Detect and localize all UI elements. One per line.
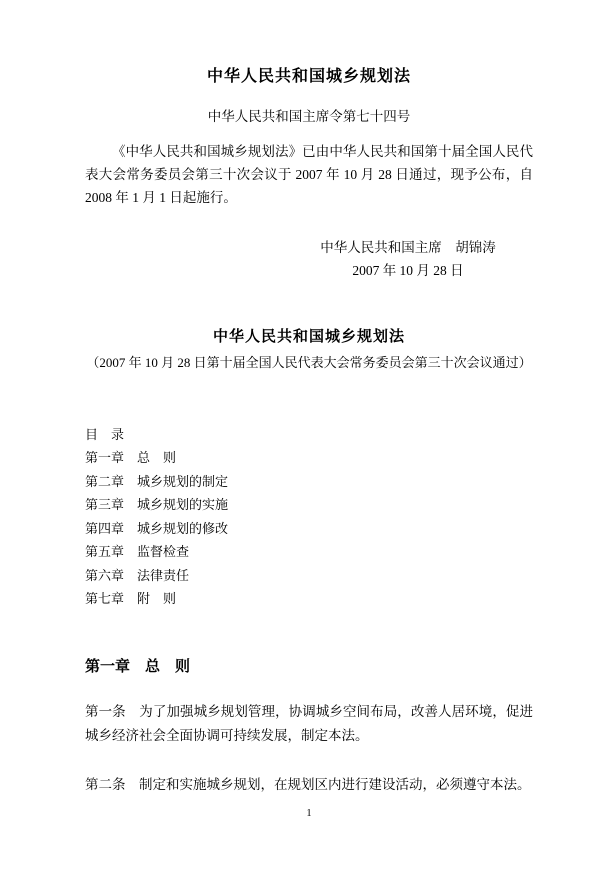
decree-subtitle: 中华人民共和国主席令第七十四号 bbox=[85, 105, 533, 128]
law-passage-note: （2007 年 10 月 28 日第十届全国人民代表大会常务委员会第三十次会议通… bbox=[85, 351, 533, 374]
law-title: 中华人民共和国城乡规划法 bbox=[85, 326, 533, 349]
document-page: 中华人民共和国城乡规划法 中华人民共和国主席令第七十四号 《中华人民共和国城乡规… bbox=[0, 0, 615, 872]
toc-item-chapter-3: 第三章 城乡规划的实施 bbox=[85, 493, 533, 517]
toc-item-chapter-5: 第五章 监督检查 bbox=[85, 540, 533, 564]
toc-heading: 目 录 bbox=[85, 423, 533, 447]
article-2-paragraph: 第二条 制定和实施城乡规划，在规划区内进行建设活动，必须遵守本法。 bbox=[85, 773, 533, 797]
article-1-paragraph: 第一条 为了加强城乡规划管理，协调城乡空间布局，改善人居环境，促进城乡经济社会全… bbox=[85, 700, 533, 748]
signature-block: 中华人民共和国主席 胡锦涛 2007 年 10 月 28 日 bbox=[283, 236, 533, 282]
page-number: 1 bbox=[85, 806, 533, 821]
toc-item-chapter-4: 第四章 城乡规划的修改 bbox=[85, 517, 533, 541]
toc-item-chapter-7: 第七章 附 则 bbox=[85, 587, 533, 611]
toc-item-chapter-2: 第二章 城乡规划的制定 bbox=[85, 470, 533, 494]
document-content: 中华人民共和国城乡规划法 中华人民共和国主席令第七十四号 《中华人民共和国城乡规… bbox=[85, 0, 533, 821]
decree-body-paragraph: 《中华人民共和国城乡规划法》已由中华人民共和国第十届全国人民代表大会常务委员会第… bbox=[85, 140, 533, 210]
chapter-one-heading: 第一章 总 则 bbox=[85, 655, 533, 679]
toc-item-chapter-6: 第六章 法律责任 bbox=[85, 564, 533, 588]
signature-date: 2007 年 10 月 28 日 bbox=[283, 259, 533, 282]
decree-title: 中华人民共和国城乡规划法 bbox=[85, 65, 533, 88]
signature-signer: 中华人民共和国主席 胡锦涛 bbox=[283, 236, 533, 259]
toc-item-chapter-1: 第一章 总 则 bbox=[85, 446, 533, 470]
table-of-contents: 目 录 第一章 总 则 第二章 城乡规划的制定 第三章 城乡规划的实施 第四章 … bbox=[85, 423, 533, 611]
